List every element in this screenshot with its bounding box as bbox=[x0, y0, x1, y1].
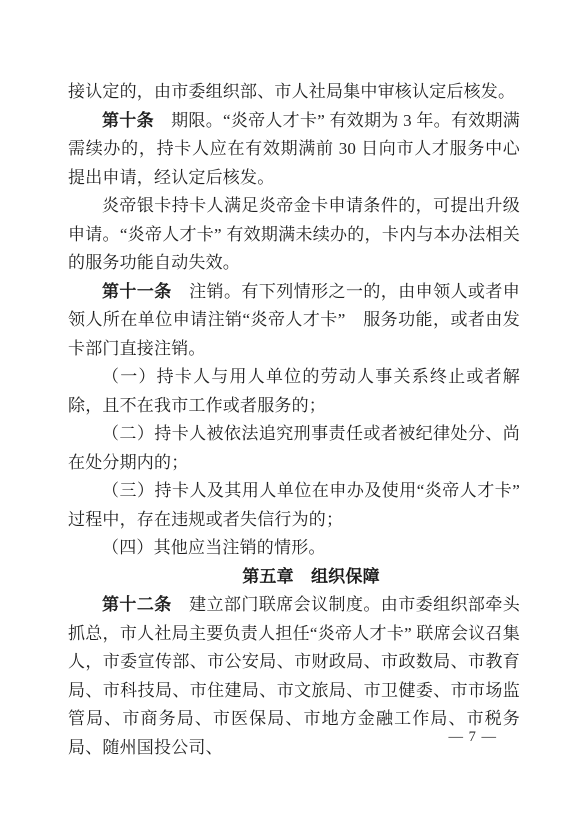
document-body: 接认定的，由市委组织部、市人社局集中审核认定后核发。 第十条 期限。“炎帝人才卡… bbox=[68, 78, 520, 762]
paragraph-item-2: （二）持卡人被依法追究刑事责任或者被纪律处分、尚在处分期内的； bbox=[68, 420, 520, 477]
article-11-term: 第十一条 bbox=[102, 282, 172, 301]
paragraph-item-4: （四）其他应当注销的情形。 bbox=[68, 534, 520, 563]
article-10-term: 第十条 bbox=[102, 111, 154, 130]
paragraph-text: （四）其他应当注销的情形。 bbox=[102, 538, 326, 557]
paragraph-text: （三）持卡人及其用人单位在申办及使用“炎帝人才卡”过程中，存在违规或者失信行为的… bbox=[68, 481, 520, 529]
paragraph-item-3: （三）持卡人及其用人单位在申办及使用“炎帝人才卡”过程中，存在违规或者失信行为的… bbox=[68, 477, 520, 534]
paragraph-text: （一）持卡人与用人单位的劳动人事关系终止或者解除，且不在我市工作或者服务的； bbox=[68, 367, 520, 415]
paragraph-silver-card: 炎帝银卡持卡人满足炎帝金卡申请条件的，可提出升级申请。“炎帝人才卡” 有效期满未… bbox=[68, 192, 520, 278]
paragraph-item-1: （一）持卡人与用人单位的劳动人事关系终止或者解除，且不在我市工作或者服务的； bbox=[68, 363, 520, 420]
paragraph-article-10: 第十条 期限。“炎帝人才卡” 有效期为 3 年。有效期满需续办的，持卡人应在有效… bbox=[68, 107, 520, 193]
article-12-term: 第十二条 bbox=[102, 595, 172, 614]
paragraph-text: （二）持卡人被依法追究刑事责任或者被纪律处分、尚在处分期内的； bbox=[68, 424, 520, 472]
document-page: 接认定的，由市委组织部、市人社局集中审核认定后核发。 第十条 期限。“炎帝人才卡… bbox=[0, 0, 583, 824]
paragraph-text: 接认定的，由市委组织部、市人社局集中审核认定后核发。 bbox=[68, 82, 515, 101]
paragraph-article-11: 第十一条 注销。有下列情形之一的，由申领人或者申领人所在单位申请注销“炎帝人才卡… bbox=[68, 278, 520, 364]
page-number: — 7 — bbox=[449, 729, 498, 746]
paragraph-text: 炎帝银卡持卡人满足炎帝金卡申请条件的，可提出升级申请。“炎帝人才卡” 有效期满未… bbox=[68, 196, 520, 272]
paragraph-continuation: 接认定的，由市委组织部、市人社局集中审核认定后核发。 bbox=[68, 78, 520, 107]
chapter-heading: 第五章 组织保障 bbox=[68, 563, 520, 592]
